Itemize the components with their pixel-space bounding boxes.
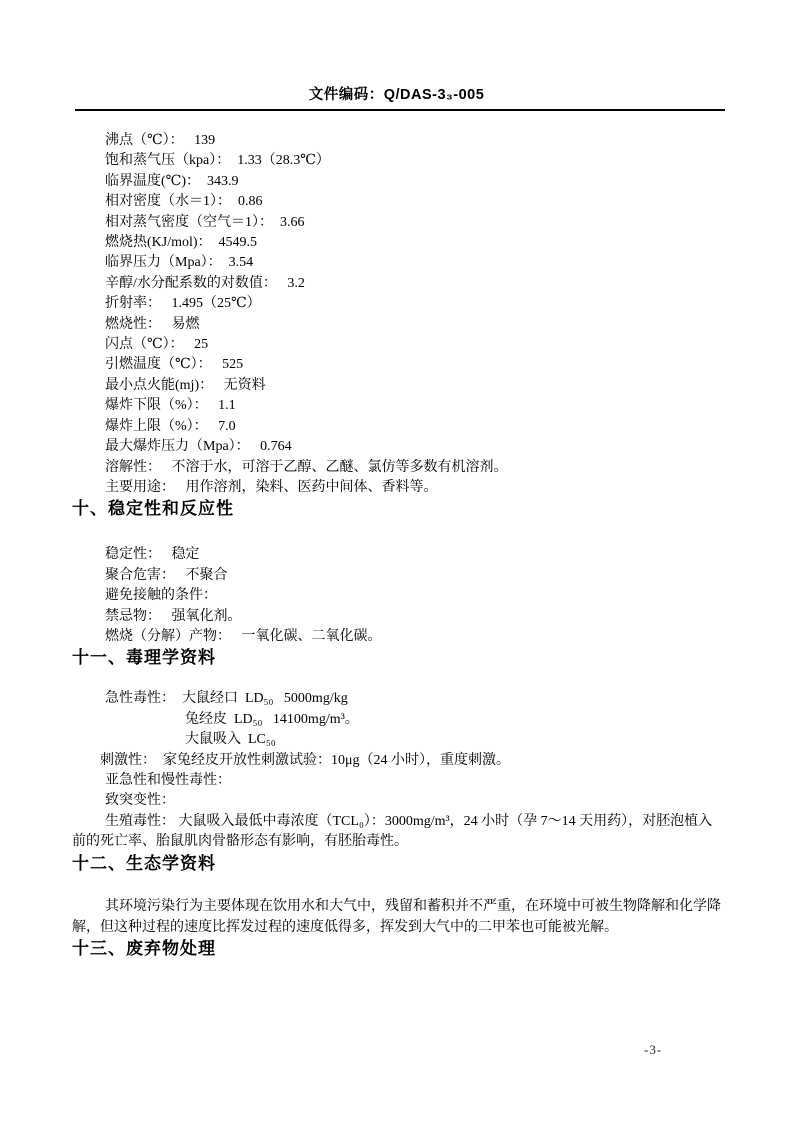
property-line-flammability: 燃烧性： 易燃 bbox=[72, 315, 722, 335]
section-title-toxicology: 十一、毒理学资料 bbox=[72, 647, 722, 669]
ecology-paragraph: 其环境污染行为主要体现在饮用水和大气中，残留和蓄积并不严重，在环境中可被生物降解… bbox=[72, 897, 722, 938]
property-line-heat-of-combustion: 燃烧热(KJ/mol)： 4549.5 bbox=[72, 233, 722, 253]
toxicology-paragraph-reproductive: 生殖毒性： 大鼠吸入最低中毒浓度（TCL₀）：3000mg/m³，24 小时（孕… bbox=[72, 812, 722, 853]
stability-line-stability: 稳定性： 稳定 bbox=[72, 545, 722, 565]
physical-properties-list: 沸点（℃）： 139 饱和蒸气压（kpa）： 1.33（28.3℃） 临界温度(… bbox=[72, 131, 722, 498]
toxicology-line-acute-dermal: 兔经皮 LD₅₀ 14100mg/m³。 bbox=[72, 710, 722, 730]
toxicology-line-subacute-chronic: 亚急性和慢性毒性： bbox=[72, 771, 722, 791]
section-title-waste-disposal: 十三、废弃物处理 bbox=[72, 938, 722, 960]
property-line-main-uses: 主要用途： 用作溶剂，染料、医药中间体、香料等。 bbox=[72, 478, 722, 498]
property-line-min-ignition-energy: 最小点火能(mj)： 无资料 bbox=[72, 376, 722, 396]
property-line-flash-point: 闪点（℃）： 25 bbox=[72, 335, 722, 355]
toxicology-line-acute-oral: 急性毒性： 大鼠经口 LD₅₀ 5000mg/kg bbox=[72, 689, 722, 709]
document-body: 沸点（℃）： 139 饱和蒸气压（kpa）： 1.33（28.3℃） 临界温度(… bbox=[0, 131, 793, 960]
toxicology-list: 急性毒性： 大鼠经口 LD₅₀ 5000mg/kg 兔经皮 LD₅₀ 14100… bbox=[72, 689, 722, 853]
property-line-ignition-temperature: 引燃温度（℃）： 525 bbox=[72, 355, 722, 375]
stability-line-decomposition-products: 燃烧（分解）产物： 一氧化碳、二氧化碳。 bbox=[72, 627, 722, 647]
toxicology-line-irritation: 刺激性： 家兔经皮开放性刺激试验：10μg（24 小时），重度刺激。 bbox=[72, 751, 722, 771]
property-line-max-explosion-pressure: 最大爆炸压力（Mpa）： 0.764 bbox=[72, 437, 722, 457]
toxicology-line-mutagenicity: 致突变性： bbox=[72, 791, 722, 811]
stability-line-incompatibilities: 禁忌物： 强氧化剂。 bbox=[72, 607, 722, 627]
page-number: -3- bbox=[644, 1042, 662, 1058]
property-line-boiling-point: 沸点（℃）： 139 bbox=[72, 131, 722, 151]
header-divider bbox=[75, 109, 725, 111]
property-line-critical-pressure: 临界压力（Mpa）： 3.54 bbox=[72, 253, 722, 273]
property-line-vapor-density: 相对蒸气密度（空气＝1）： 3.66 bbox=[72, 213, 722, 233]
property-line-relative-density: 相对密度（水＝1）： 0.86 bbox=[72, 192, 722, 212]
property-line-partition-coefficient: 辛醇/水分配系数的对数值： 3.2 bbox=[72, 274, 722, 294]
property-line-explosion-upper-limit: 爆炸上限（%）： 7.0 bbox=[72, 417, 722, 437]
property-line-refractive-index: 折射率： 1.495（25℃） bbox=[72, 294, 722, 314]
section-title-stability: 十、稳定性和反应性 bbox=[72, 498, 722, 520]
document-page: 文件编码：Q/DAS-3₃-005 沸点（℃）： 139 饱和蒸气压（kpa）：… bbox=[0, 0, 793, 1122]
document-code: 文件编码：Q/DAS-3₃-005 bbox=[0, 0, 793, 104]
property-line-critical-temperature: 临界温度(℃)： 343.9 bbox=[72, 172, 722, 192]
stability-list: 稳定性： 稳定 聚合危害： 不聚合 避免接触的条件： 禁忌物： 强氧化剂。 燃烧… bbox=[72, 545, 722, 647]
property-line-solubility: 溶解性： 不溶于水，可溶于乙醇、乙醚、氯仿等多数有机溶剂。 bbox=[72, 458, 722, 478]
section-title-ecology: 十二、生态学资料 bbox=[72, 853, 722, 875]
toxicology-line-acute-inhalation: 大鼠吸入 LC₅₀ bbox=[72, 730, 722, 750]
property-line-explosion-lower-limit: 爆炸下限（%）： 1.1 bbox=[72, 396, 722, 416]
property-line-vapor-pressure: 饱和蒸气压（kpa）： 1.33（28.3℃） bbox=[72, 151, 722, 171]
stability-line-conditions-to-avoid: 避免接触的条件： bbox=[72, 586, 722, 606]
stability-line-polymerization: 聚合危害： 不聚合 bbox=[72, 566, 722, 586]
